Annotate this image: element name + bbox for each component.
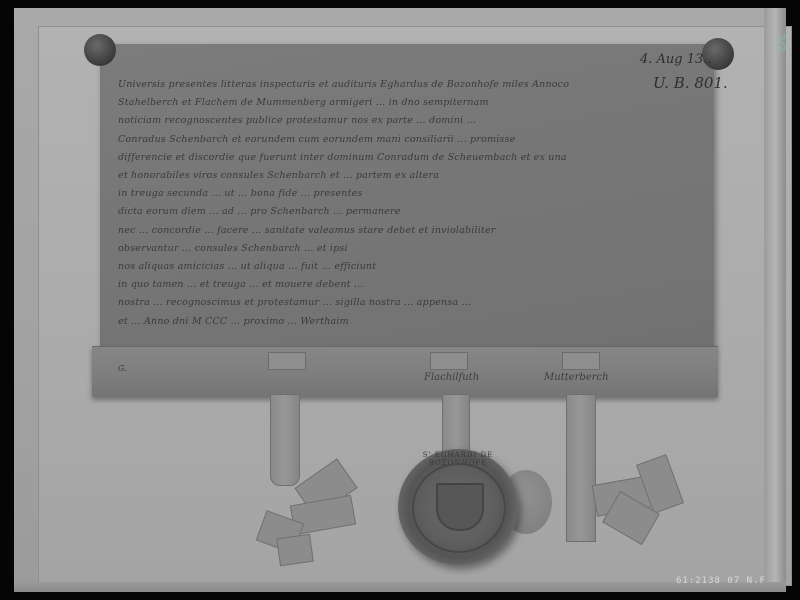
- strap-ribbon-left: [276, 534, 314, 566]
- charter-plica-fold: [92, 346, 718, 397]
- edge-mark: 2/2: [774, 34, 787, 52]
- charter-line: Universis presentes litteras inspecturis…: [118, 76, 708, 94]
- charter-line: et ... Anno dni M CCC ... proximo ... We…: [118, 313, 708, 331]
- charter-line: observantur ... consules Schenbarch ... …: [118, 240, 708, 258]
- seal-strap-left: [270, 394, 300, 486]
- charter-text: Universis presentes litteras inspecturis…: [118, 76, 708, 331]
- charter-line: noticiam recognoscentes publice protesta…: [118, 112, 708, 130]
- charter-line: in quo tamen ... et treuga ... et mouere…: [118, 276, 708, 294]
- charter-line: dicta eorum diem ... ad ... pro Schenbar…: [118, 203, 708, 221]
- charter-line: Conradus Schenbarch et eorundem cum eoru…: [118, 131, 708, 149]
- charter-line: in treuga secunda ... ut ... bona fide .…: [118, 185, 708, 203]
- fold-label-right: Mutterberch: [544, 372, 609, 383]
- plate-bottom-edge: [14, 582, 786, 592]
- pin-left-icon: [84, 34, 116, 66]
- charter-line: differencie et discordie que fuerunt int…: [118, 149, 708, 167]
- seal-shield-icon: [436, 483, 484, 531]
- charter-line: nostra ... recognoscimus et protestamur …: [118, 294, 708, 312]
- fold-label-left: G.: [118, 364, 127, 373]
- strap-slot-left: [268, 352, 306, 370]
- fold-label-middle: Flachilfuth: [424, 372, 479, 383]
- archive-date-note: 4. Aug 13..: [640, 52, 712, 67]
- plate-right-edge: [764, 8, 786, 592]
- strap-slot-right: [562, 352, 600, 370]
- plate-number: 61:2138 07 N.F: [676, 576, 766, 586]
- charter-line: Stahelberch et Flachem de Mummenberg arm…: [118, 94, 708, 112]
- charter-line: nos aliquas amicicias ... ut aliqua ... …: [118, 258, 708, 276]
- strap-slot-middle: [430, 352, 468, 370]
- charter-line: nec ... concordie ... facere ... sanitat…: [118, 222, 708, 240]
- seal-strap-right: [566, 394, 596, 542]
- charter-line: et honorabiles viros consules Schenbarch…: [118, 167, 708, 185]
- wax-seal: S' EGHARDI DE BOZONHOFE: [398, 449, 518, 565]
- seal-strap-middle: [442, 394, 470, 456]
